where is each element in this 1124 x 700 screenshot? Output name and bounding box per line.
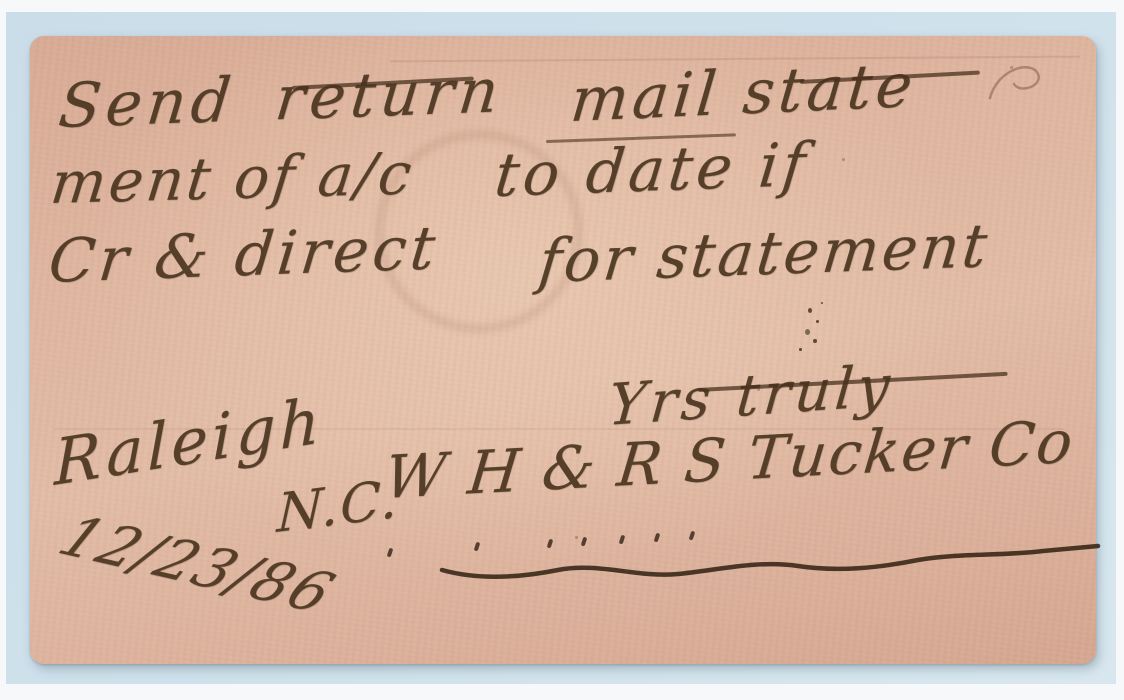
paper-speck — [842, 158, 845, 161]
handwriting-line1-left: Send return — [56, 60, 506, 137]
handwriting-line2-left: ment of a/c — [48, 144, 417, 212]
paper-speck — [1010, 66, 1013, 69]
handwriting-place: Raleigh — [54, 389, 324, 495]
ink-smudge — [813, 339, 817, 343]
handwriting-line2-right: to date if — [492, 135, 812, 206]
signature-flourish-underline — [438, 536, 1110, 582]
postal-card: Send return mail state ment of a/c to da… — [30, 36, 1096, 664]
handwriting-line1-right: mail state — [568, 55, 919, 131]
corner-pen-squiggle — [980, 54, 1060, 116]
ink-dot — [387, 548, 393, 558]
ink-smudge — [816, 320, 819, 323]
handwriting-line3-right: for statement — [536, 216, 993, 292]
handwriting-line3-left: Cr & direct — [46, 218, 442, 292]
paper-speck — [575, 536, 578, 539]
ink-smudge — [808, 308, 812, 313]
ink-smudge — [821, 302, 823, 304]
postcard-photo: Send return mail state ment of a/c to da… — [0, 0, 1124, 700]
handwriting-signature: W H & R S Tucker Co — [382, 411, 1077, 507]
ink-smudge — [799, 348, 802, 351]
ink-smudge — [805, 329, 810, 335]
paper-speck — [757, 388, 760, 391]
handwriting-state: N.C. — [276, 472, 400, 541]
